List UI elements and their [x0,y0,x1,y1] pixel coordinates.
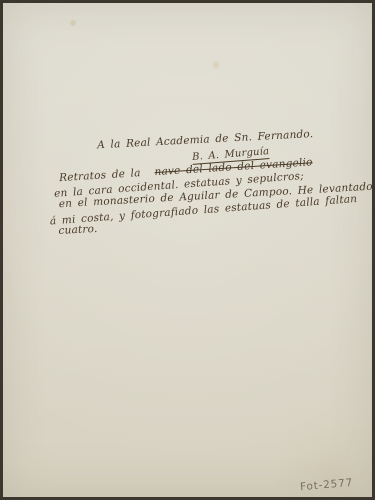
handwriting-block: A la Real Academia de Sn. Fernando. B. A… [45,124,362,240]
paper-background [3,3,372,497]
manuscript-page: A la Real Academia de Sn. Fernando. B. A… [0,0,375,500]
line-3-gap [141,175,155,176]
